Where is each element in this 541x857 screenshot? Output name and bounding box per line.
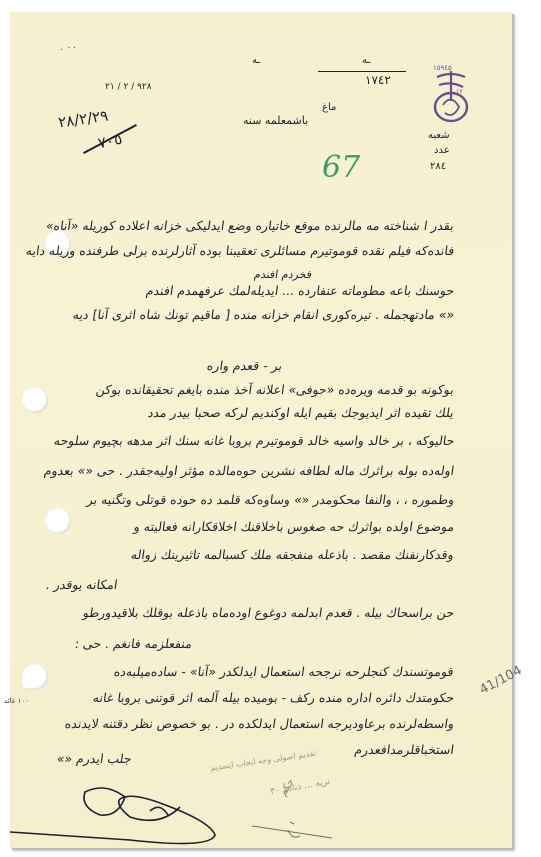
body-line: بقدر ا شناخته مه مالرنده موقع خاتياره وض…	[45, 218, 455, 233]
body-line: حوسنك باعه مطوماته عنفارده ... ايديله‌لم…	[145, 283, 455, 298]
reference-prefix: ـه	[252, 55, 260, 66]
body-line: منفعلزمه فانغم . حى :	[74, 636, 193, 651]
document-date: ٩٢٨ / ٢ / ٢١	[105, 82, 152, 92]
body-line: «» مادتهجمله . تيره‌كورى انقام خزانه مند…	[72, 307, 455, 322]
body-line: بر - قعدم واره	[206, 358, 283, 373]
reference-fraction-top: ـه	[362, 55, 370, 66]
body-line: وقدكارنفنك مقصد . باذعله منفجقه ملك كسبا…	[130, 547, 455, 562]
corner-mark: ٠٠ .	[60, 42, 77, 53]
body-line: واسطه‌لرنده برعاوديرجه استعمال ايدلكده د…	[64, 716, 455, 731]
purple-seal-stamp: ١٥٩٤٥ ١٧	[429, 61, 473, 129]
body-line: امكانه يوقدر .	[44, 577, 118, 592]
body-line: جلب ايدرم «»	[56, 751, 133, 766]
office-label-section: شعبه	[428, 130, 450, 141]
left-margin-fragment: ١٠٠ غائد	[4, 697, 29, 705]
reference-number: ١٧٤٢	[365, 73, 391, 87]
office-number: ٢٨٤	[430, 161, 446, 172]
addressee: باشمعلمه سنه	[243, 114, 308, 127]
svg-text:١٥٩٤٥: ١٥٩٤٥	[433, 64, 452, 72]
punch-hole	[45, 508, 71, 534]
body-line: حكومتدك دائره اداره منده ركف - بوميده بي…	[92, 690, 455, 705]
addressee-prefix: ماغ	[322, 102, 336, 113]
folio-number-green: 67	[322, 150, 360, 185]
body-line: اوله‌ده بوله براثرك ماله لطافه نشرين حوه…	[43, 463, 455, 478]
body-line: حن براسحاك بيله . قعدم ابدلمه دوغوع اوده…	[82, 605, 455, 620]
reference-divider	[318, 71, 406, 72]
office-label-number: عدد	[434, 145, 450, 156]
body-line: موضوع اولده بواثرك حه صغوس باخلاقنك اخلا…	[132, 519, 455, 534]
seal-icon: ١٥٩٤٥ ١٧	[429, 61, 473, 129]
archive-note: ٢٨/٢/٢٩	[57, 107, 109, 132]
initials-with-line	[250, 820, 340, 850]
marginal-note: تقديم اصولى وجه ايجاب ايتمديم	[210, 749, 317, 773]
body-line: بوكونه بو قدمه ويره‌ده «حوفى» اعلانه آخذ…	[95, 382, 455, 397]
marginal-note-date: نريه ... دنادم ٣٠	[270, 777, 331, 797]
body-line: فخردم افندم	[253, 268, 313, 281]
right-margin-pencil-number: 41/104	[477, 663, 524, 698]
document-page: ٠٠ . ٩٢٨ / ٢ / ٢١ ـه ـه ١٧٤٢ ١٥٩٤٥ ١٧ شع…	[10, 12, 512, 848]
body-line: قوموتسندك كنجلرحه نرجحه استعمال ايدلكدر …	[113, 664, 455, 679]
body-line: وطموره ، ، والنفا محكومدر «» وساوه‌كه قل…	[86, 492, 455, 507]
closing-phrase: استخباقلرمدافعدرم	[333, 742, 455, 757]
body-line: يلك تقيده اثر ايديوجك بقيم ايله اوكنديم …	[147, 405, 455, 420]
body-line: فانده‌كه فيلم نقده قوموتيرم مسائلرى تعقي…	[25, 243, 455, 258]
svg-text:١٧: ١٧	[456, 88, 463, 95]
punch-hole	[22, 387, 48, 413]
signature	[10, 777, 240, 857]
archive-note-number: ٧٠٥	[96, 130, 123, 153]
body-line: حاليوكه ، بر خالد واسيه خالد قوموتيرم بر…	[52, 433, 455, 448]
punch-hole	[22, 664, 48, 690]
